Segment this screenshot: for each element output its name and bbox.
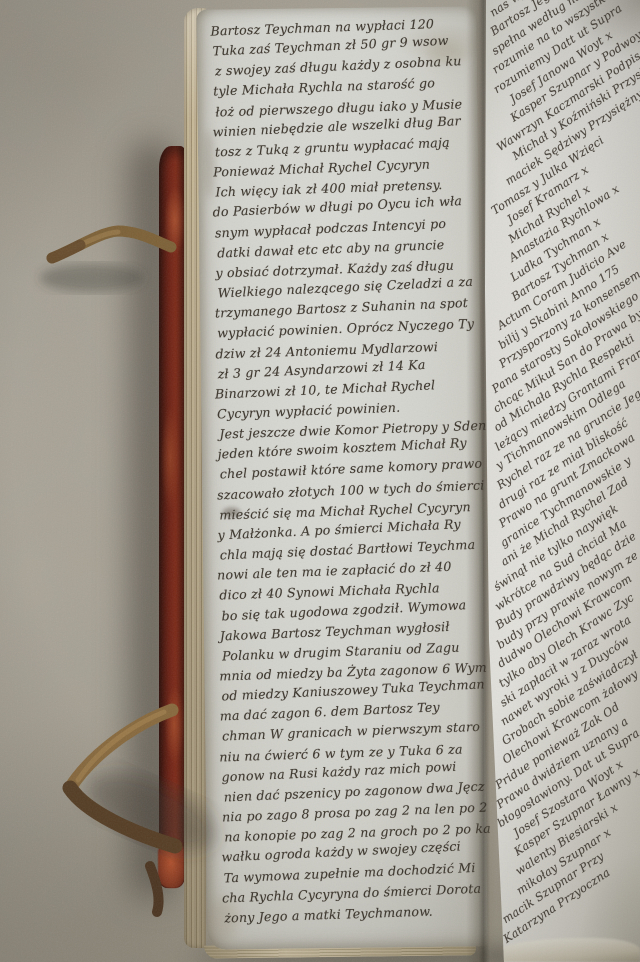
- left-manuscript-page: Bartosz Teychman na wypłaci 120Tuka zaś …: [196, 6, 487, 949]
- red-leather-spine: [159, 146, 186, 888]
- right-page-handwriting: Po więcu wymowy tak sięnas wymowy też y …: [489, 0, 640, 803]
- left-page-handwriting: Bartosz Teychman na wypłaci 120Tuka zaś …: [210, 18, 483, 928]
- photograph-of-manuscript: Bartosz Teychman na wypłaci 120Tuka zaś …: [0, 0, 640, 962]
- spine-foot-highlight: [158, 846, 184, 888]
- right-manuscript-page: Po więcu wymowy tak sięnas wymowy też y …: [478, 0, 640, 962]
